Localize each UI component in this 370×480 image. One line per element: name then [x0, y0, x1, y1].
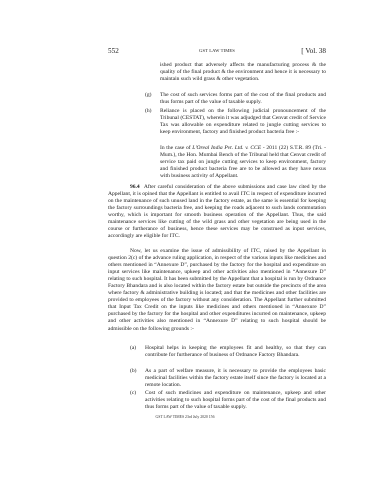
volume-label: [ Vol. 38	[301, 47, 326, 55]
item-label: (c)	[130, 390, 136, 397]
item-text: The cost of such services forms part of …	[160, 92, 326, 106]
item-text: As a part of welfare measure, it is nece…	[145, 368, 326, 389]
page-footer: GST LAW TIMES 23rd July 2020 156	[0, 415, 370, 419]
paragraph-number: 96.4	[130, 184, 140, 190]
item-label: (g)	[145, 92, 151, 99]
journal-title: GST LAW TIMES	[108, 48, 326, 53]
document-page: 552 GST LAW TIMES [ Vol. 38 ished produc…	[0, 0, 370, 480]
item-text: Cost of such medicines and expenditure o…	[145, 390, 326, 411]
item-text: Reliance is placed on the following judi…	[160, 108, 326, 136]
paragraph-text: After careful consideration of the above…	[108, 184, 326, 239]
item-label: (b)	[130, 368, 136, 375]
paragraph-annexure-d: Now, let us examine the issue of admissi…	[108, 248, 326, 333]
continuation-text: ished product that adversely affects the…	[160, 62, 326, 83]
case-citation: In the case of L'Oreal India Pvt. Ltd. v…	[160, 145, 326, 180]
citation-prefix: In the case of	[160, 145, 192, 151]
case-name: L'Oreal India Pvt. Ltd. v. CCE	[192, 145, 261, 151]
item-label: (h)	[145, 108, 151, 115]
paragraph-96-4: 96.4 After careful consideration of the …	[108, 184, 326, 240]
page-header: 552 GST LAW TIMES [ Vol. 38	[108, 47, 326, 59]
item-label: (a)	[130, 345, 136, 352]
item-text: Hospital helps in keeping the employees …	[145, 345, 326, 359]
